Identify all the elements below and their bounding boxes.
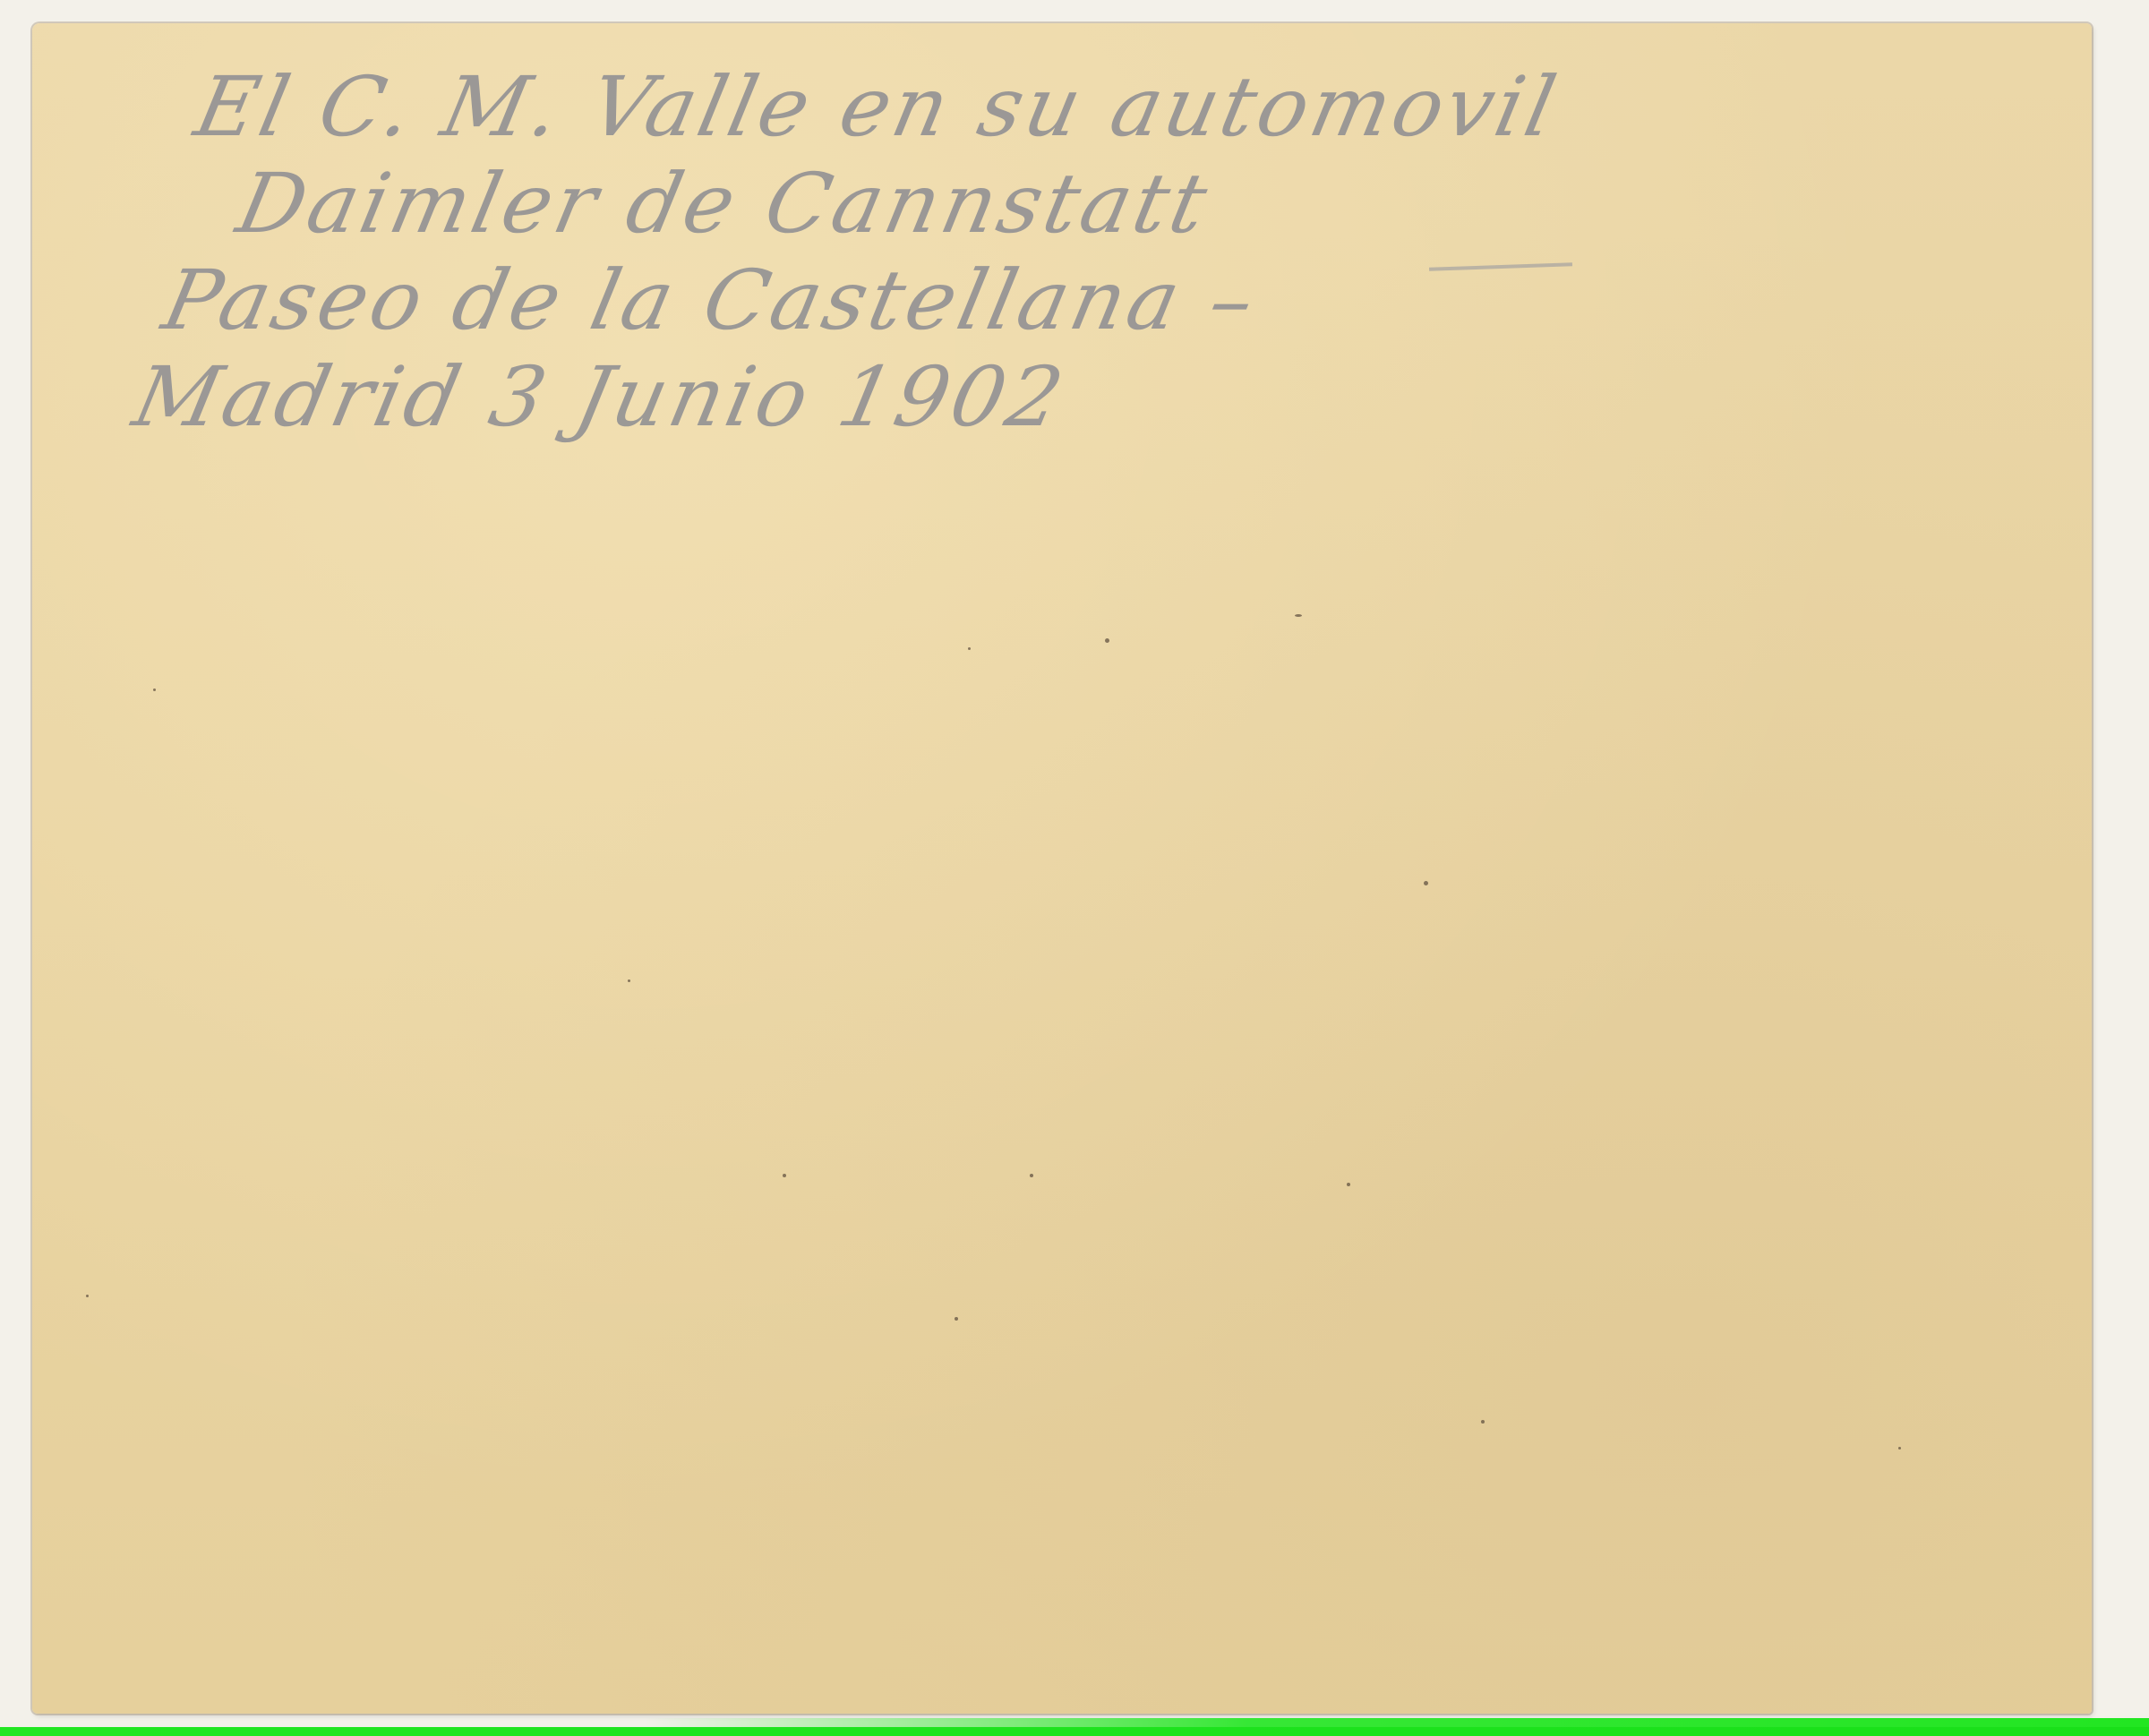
handwritten-inscription: El C. M. Valle en su automovil Daimler d… [125, 59, 1567, 446]
paper-speck [1898, 1447, 1901, 1450]
scan-edge-bar [0, 1727, 2149, 1736]
paper-speck [86, 1295, 89, 1297]
inscription-line-4: Madrid 3 Junio 1902 [125, 349, 1505, 446]
paper-speck [1424, 881, 1428, 885]
paper-speck [968, 647, 971, 650]
inscription-line-1: El C. M. Valle en su automovil [187, 59, 1567, 156]
paper-speck [955, 1317, 958, 1321]
paper-speck [153, 688, 156, 691]
paper-speck [1481, 1420, 1485, 1424]
paper-speck [1295, 614, 1302, 617]
paper-speck [1030, 1174, 1033, 1177]
scan-edge-fade [645, 1718, 2149, 1727]
inscription-line-2: Daimler de Cannstatt [229, 156, 1546, 252]
paper-speck [1347, 1183, 1350, 1186]
inscription-line-3: Paseo de la Castellana – [155, 252, 1526, 349]
paper-speck [783, 1174, 786, 1177]
paper-speck [628, 979, 630, 982]
paper-speck [1105, 638, 1109, 643]
card-verso: El C. M. Valle en su automovil Daimler d… [32, 23, 2092, 1714]
